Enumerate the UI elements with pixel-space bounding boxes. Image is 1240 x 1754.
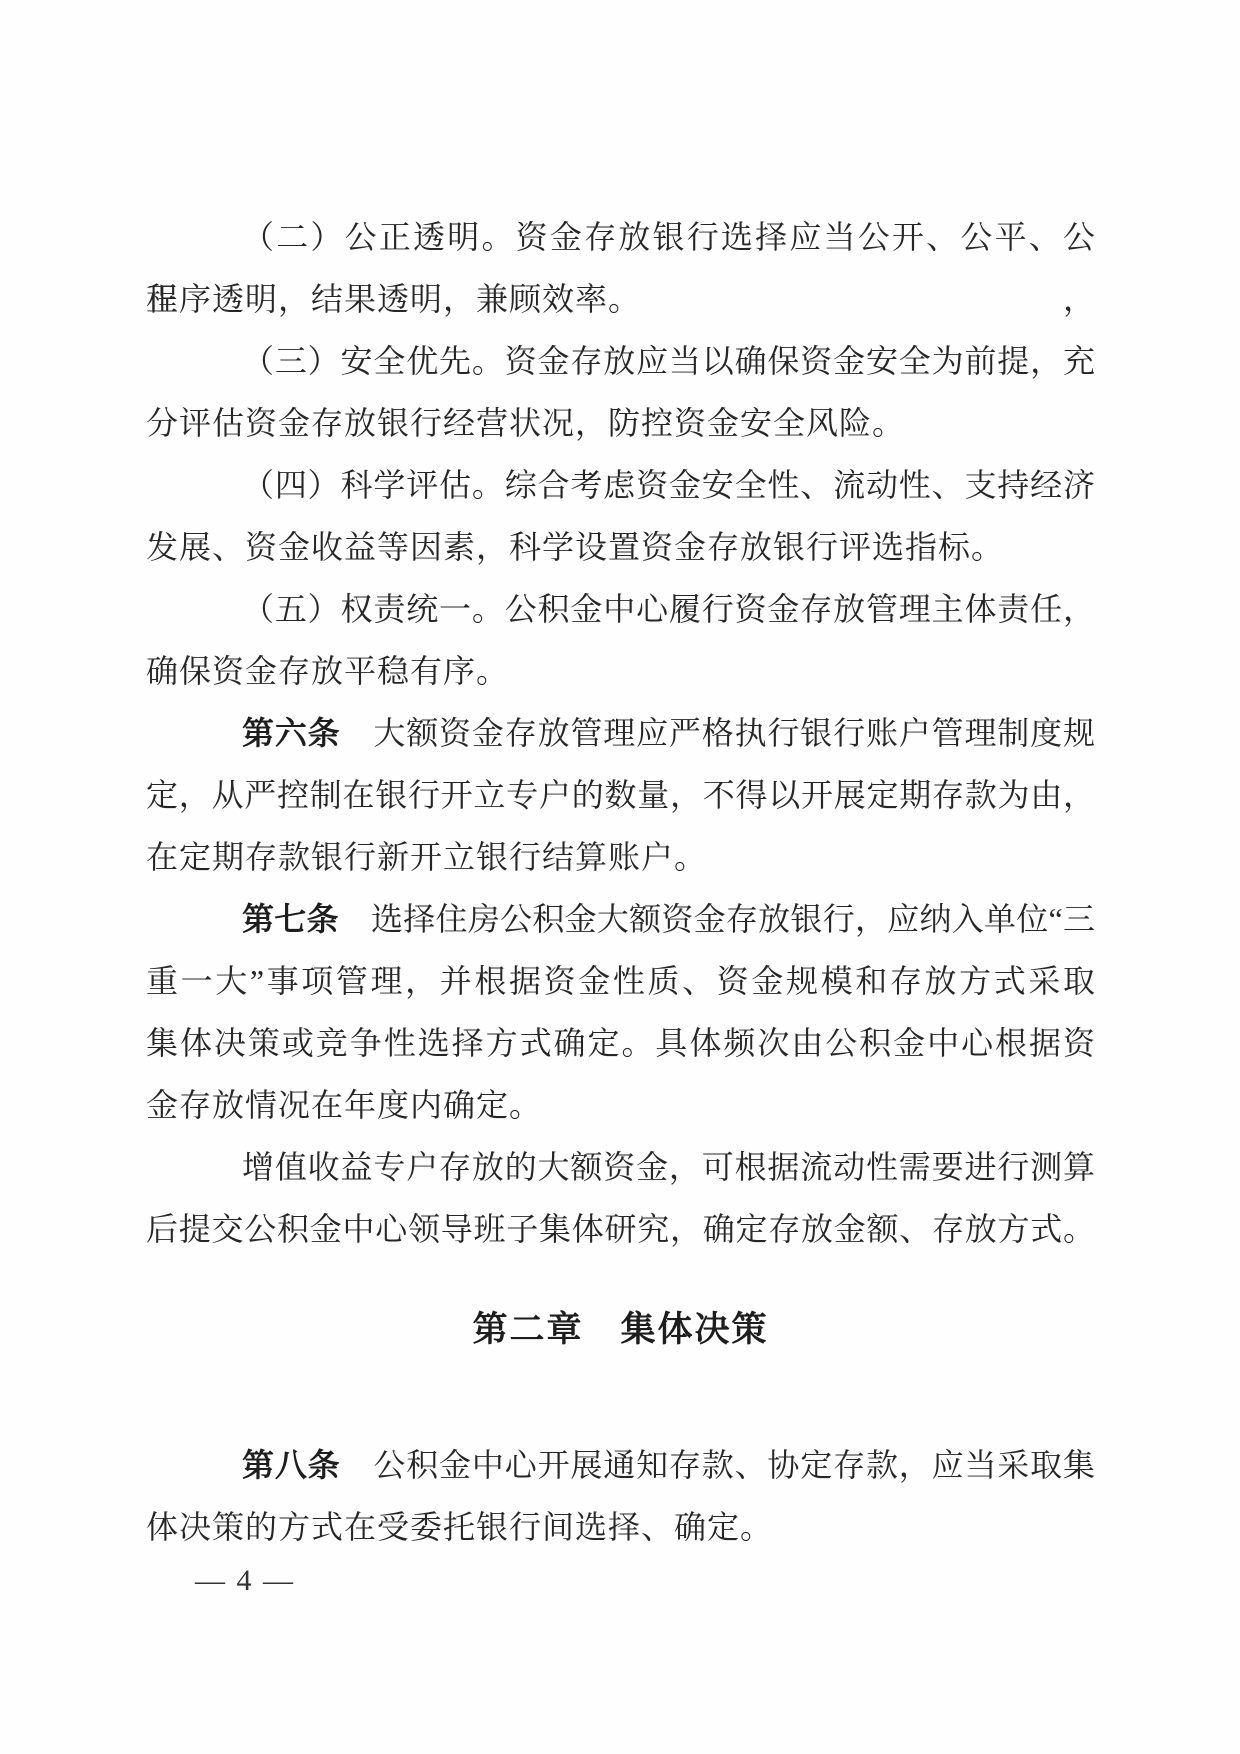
text-line: 在定期存款银行新开立银行结算账户。 [146, 826, 1095, 888]
text-line: 金存放情况在年度内确定。 [146, 1074, 1095, 1136]
text-line-content: 发展、资金收益等因素，科学设置资金存放银行评选指标。 [146, 529, 1004, 565]
text-line-content: 选择住房公积金大额资金存放银行，应纳入单位“三 [339, 901, 1095, 937]
text-line-content: 大额资金存放管理应严格执行银行账户管理制度规 [341, 715, 1095, 751]
text-line-content: 确保资金存放平稳有序。 [146, 653, 509, 689]
text-line-content: 在定期存款银行新开立银行结算账户。 [146, 839, 707, 875]
chapter-heading: 第二章 集体决策 [146, 1299, 1095, 1361]
text-line: 集体决策或竞争性选择方式确定。具体频次由公积金中心根据资 [146, 1012, 1095, 1074]
text-line: 确保资金存放平稳有序。 [146, 640, 1095, 702]
text-line-content: 体决策的方式在受委托银行间选择、确定。 [146, 1509, 773, 1545]
document-body: （二）公正透明。资金存放银行选择应当公开、公平、公正， 程序透明，结果透明，兼顾… [146, 206, 1095, 1558]
article-7-line: 第七条 选择住房公积金大额资金存放银行，应纳入单位“三 [146, 888, 1095, 950]
text-line: （二）公正透明。资金存放银行选择应当公开、公平、公正， [146, 206, 1095, 268]
text-line-content: 定，从严控制在银行开立专户的数量，不得以开展定期存款为由， [146, 777, 1095, 813]
text-line: （五）权责统一。公积金中心履行资金存放管理主体责任， [146, 578, 1095, 640]
text-line: （三）安全优先。资金存放应当以确保资金安全为前提，充 [146, 330, 1095, 392]
article-7-number: 第七条 [242, 901, 339, 937]
text-line-content: 金存放情况在年度内确定。 [146, 1087, 542, 1123]
text-line: （四）科学评估。综合考虑资金安全性、流动性、支持经济 [146, 454, 1095, 516]
article-6-number: 第六条 [242, 715, 341, 751]
text-line-content: 增值收益专户存放的大额资金，可根据流动性需要进行测算 [242, 1149, 1095, 1185]
text-line: 重一大”事项管理，并根据资金性质、资金规模和存放方式采取 [146, 950, 1095, 1012]
text-line: 体决策的方式在受委托银行间选择、确定。 [146, 1496, 1095, 1558]
text-line-content: 程序透明，结果透明，兼顾效率。 [146, 281, 641, 317]
article-8-number: 第八条 [242, 1447, 341, 1483]
document-page: （二）公正透明。资金存放银行选择应当公开、公平、公正， 程序透明，结果透明，兼顾… [0, 0, 1240, 1754]
text-line-content: （四）科学评估。综合考虑资金安全性、流动性、支持经济 [242, 467, 1095, 503]
section-gap [146, 1260, 1095, 1299]
text-line-content: 公积金中心开展通知存款、协定存款，应当采取集 [341, 1447, 1095, 1483]
text-line-content: 分评估资金存放银行经营状况，防控资金安全风险。 [146, 405, 905, 441]
text-line-content: 集体决策或竞争性选择方式确定。具体频次由公积金中心根据资 [146, 1025, 1095, 1061]
article-6-line: 第六条 大额资金存放管理应严格执行银行账户管理制度规 [146, 702, 1095, 764]
text-line-content: 重一大”事项管理，并根据资金性质、资金规模和存放方式采取 [146, 963, 1095, 999]
article-8-line: 第八条 公积金中心开展通知存款、协定存款，应当采取集 [146, 1434, 1095, 1496]
text-line: 后提交公积金中心领导班子集体研究，确定存放金额、存放方式。 [146, 1198, 1095, 1260]
text-line: 定，从严控制在银行开立专户的数量，不得以开展定期存款为由， [146, 764, 1095, 826]
text-line: 分评估资金存放银行经营状况，防控资金安全风险。 [146, 392, 1095, 454]
section-gap [146, 1361, 1095, 1434]
page-number: — 4 — [195, 1560, 295, 1602]
text-line-content: （三）安全优先。资金存放应当以确保资金安全为前提，充 [242, 343, 1095, 379]
text-line: 发展、资金收益等因素，科学设置资金存放银行评选指标。 [146, 516, 1095, 578]
text-line-content: （五）权责统一。公积金中心履行资金存放管理主体责任， [242, 591, 1095, 627]
text-line: 增值收益专户存放的大额资金，可根据流动性需要进行测算 [146, 1136, 1095, 1198]
text-line-content: 后提交公积金中心领导班子集体研究，确定存放金额、存放方式。 [146, 1211, 1095, 1247]
